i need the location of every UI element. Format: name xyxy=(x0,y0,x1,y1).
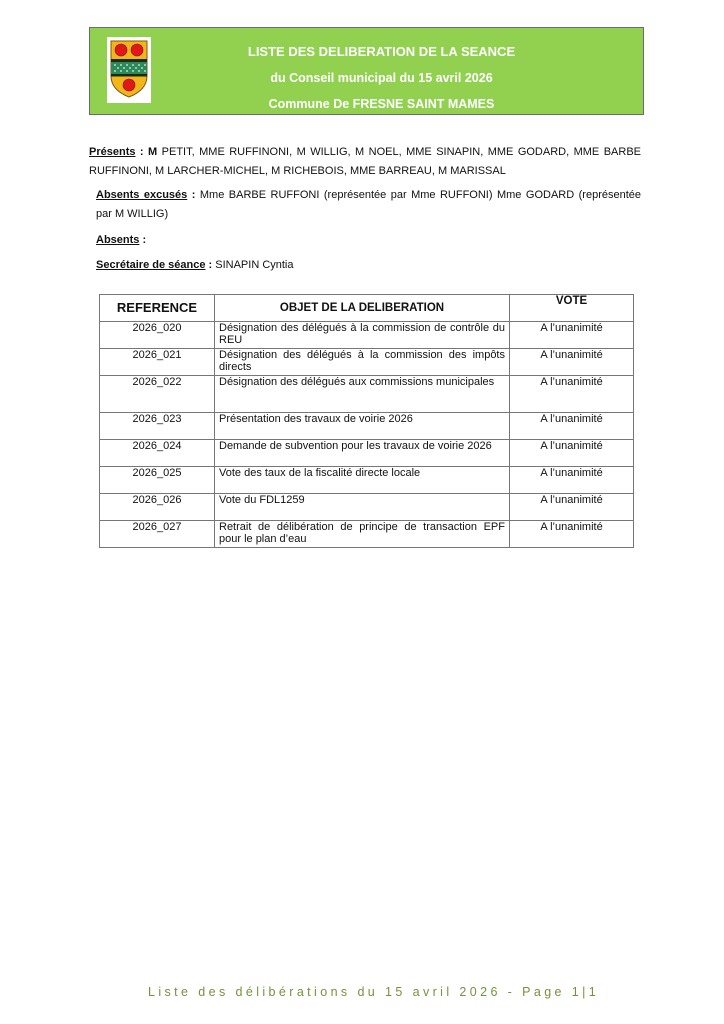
cell-reference: 2026_027 xyxy=(100,521,215,548)
table-row: 2026_027 Retrait de délibération de prin… xyxy=(100,521,634,548)
cell-reference: 2026_020 xyxy=(100,322,215,349)
cell-objet: Vote des taux de la fiscalité directe lo… xyxy=(215,467,510,494)
cell-vote: A l’unanimité xyxy=(510,376,634,413)
secretaire-value: SINAPIN Cyntia xyxy=(215,259,293,271)
table-row: 2026_023 Présentation des travaux de voi… xyxy=(100,413,634,440)
page-footer: Liste des délibérations du 15 avril 2026… xyxy=(148,985,628,999)
table-row: 2026_020 Désignation des délégués à la c… xyxy=(100,322,634,349)
column-header-reference: REFERENCE xyxy=(100,295,215,322)
deliberations-table: REFERENCE OBJET DE LA DELIBERATION VOTE … xyxy=(99,294,634,548)
table-row: 2026_024 Demande de subvention pour les … xyxy=(100,440,634,467)
cell-objet: Désignation des délégués à la commission… xyxy=(215,349,510,376)
cell-objet: Désignation des délégués à la commission… xyxy=(215,322,510,349)
table-header-row: REFERENCE OBJET DE LA DELIBERATION VOTE xyxy=(100,295,634,322)
cell-reference: 2026_021 xyxy=(100,349,215,376)
presents-paragraph: Présents : M PETIT, MME RUFFINONI, M WIL… xyxy=(89,143,641,181)
cell-reference: 2026_024 xyxy=(100,440,215,467)
table-row: 2026_021 Désignation des délégués à la c… xyxy=(100,349,634,376)
column-header-objet: OBJET DE LA DELIBERATION xyxy=(215,295,510,322)
table-row: 2026_026 Vote du FDL1259 A l’unanimité xyxy=(100,494,634,521)
cell-objet: Présentation des travaux de voirie 2026 xyxy=(215,413,510,440)
presents-label: Présents xyxy=(89,146,135,158)
cell-reference: 2026_025 xyxy=(100,467,215,494)
header-banner: LISTE DES DELIBERATION DE LA SEANCE du C… xyxy=(89,27,644,115)
coat-of-arms-icon xyxy=(107,37,151,103)
cell-objet: Demande de subvention pour les travaux d… xyxy=(215,440,510,467)
absents-excuses-label: Absents excusés xyxy=(96,189,187,201)
cell-vote: A l’unanimité xyxy=(510,322,634,349)
cell-reference: 2026_023 xyxy=(100,413,215,440)
cell-vote: A l’unanimité xyxy=(510,521,634,548)
absents-label: Absents xyxy=(96,234,139,246)
cell-vote: A l’unanimité xyxy=(510,467,634,494)
secretaire-paragraph: Secrétaire de séance : SINAPIN Cyntia xyxy=(96,256,648,275)
document-subtitle: du Conseil municipal du 15 avril 2026 xyxy=(160,71,603,85)
commune-name: Commune De FRESNE SAINT MAMES xyxy=(160,97,603,111)
cell-reference: 2026_022 xyxy=(100,376,215,413)
cell-reference: 2026_026 xyxy=(100,494,215,521)
absents-excuses-paragraph: Absents excusés : Mme BARBE RUFFONI (rep… xyxy=(96,186,641,224)
cell-objet: Retrait de délibération de principe de t… xyxy=(215,521,510,548)
document-title: LISTE DES DELIBERATION DE LA SEANCE xyxy=(160,44,603,59)
secretaire-label: Secrétaire de séance xyxy=(96,259,205,271)
cell-objet: Vote du FDL1259 xyxy=(215,494,510,521)
table-row: 2026_025 Vote des taux de la fiscalité d… xyxy=(100,467,634,494)
cell-vote: A l’unanimité xyxy=(510,494,634,521)
absents-paragraph: Absents : xyxy=(96,231,648,250)
cell-vote: A l’unanimité xyxy=(510,413,634,440)
cell-objet: Désignation des délégués aux commissions… xyxy=(215,376,510,413)
table-row: 2026_022 Désignation des délégués aux co… xyxy=(100,376,634,413)
cell-vote: A l’unanimité xyxy=(510,440,634,467)
cell-vote: A l’unanimité xyxy=(510,349,634,376)
column-header-vote: VOTE xyxy=(510,295,634,322)
presents-list: PETIT, MME RUFFINONI, M WILLIG, M NOEL, … xyxy=(89,146,641,177)
